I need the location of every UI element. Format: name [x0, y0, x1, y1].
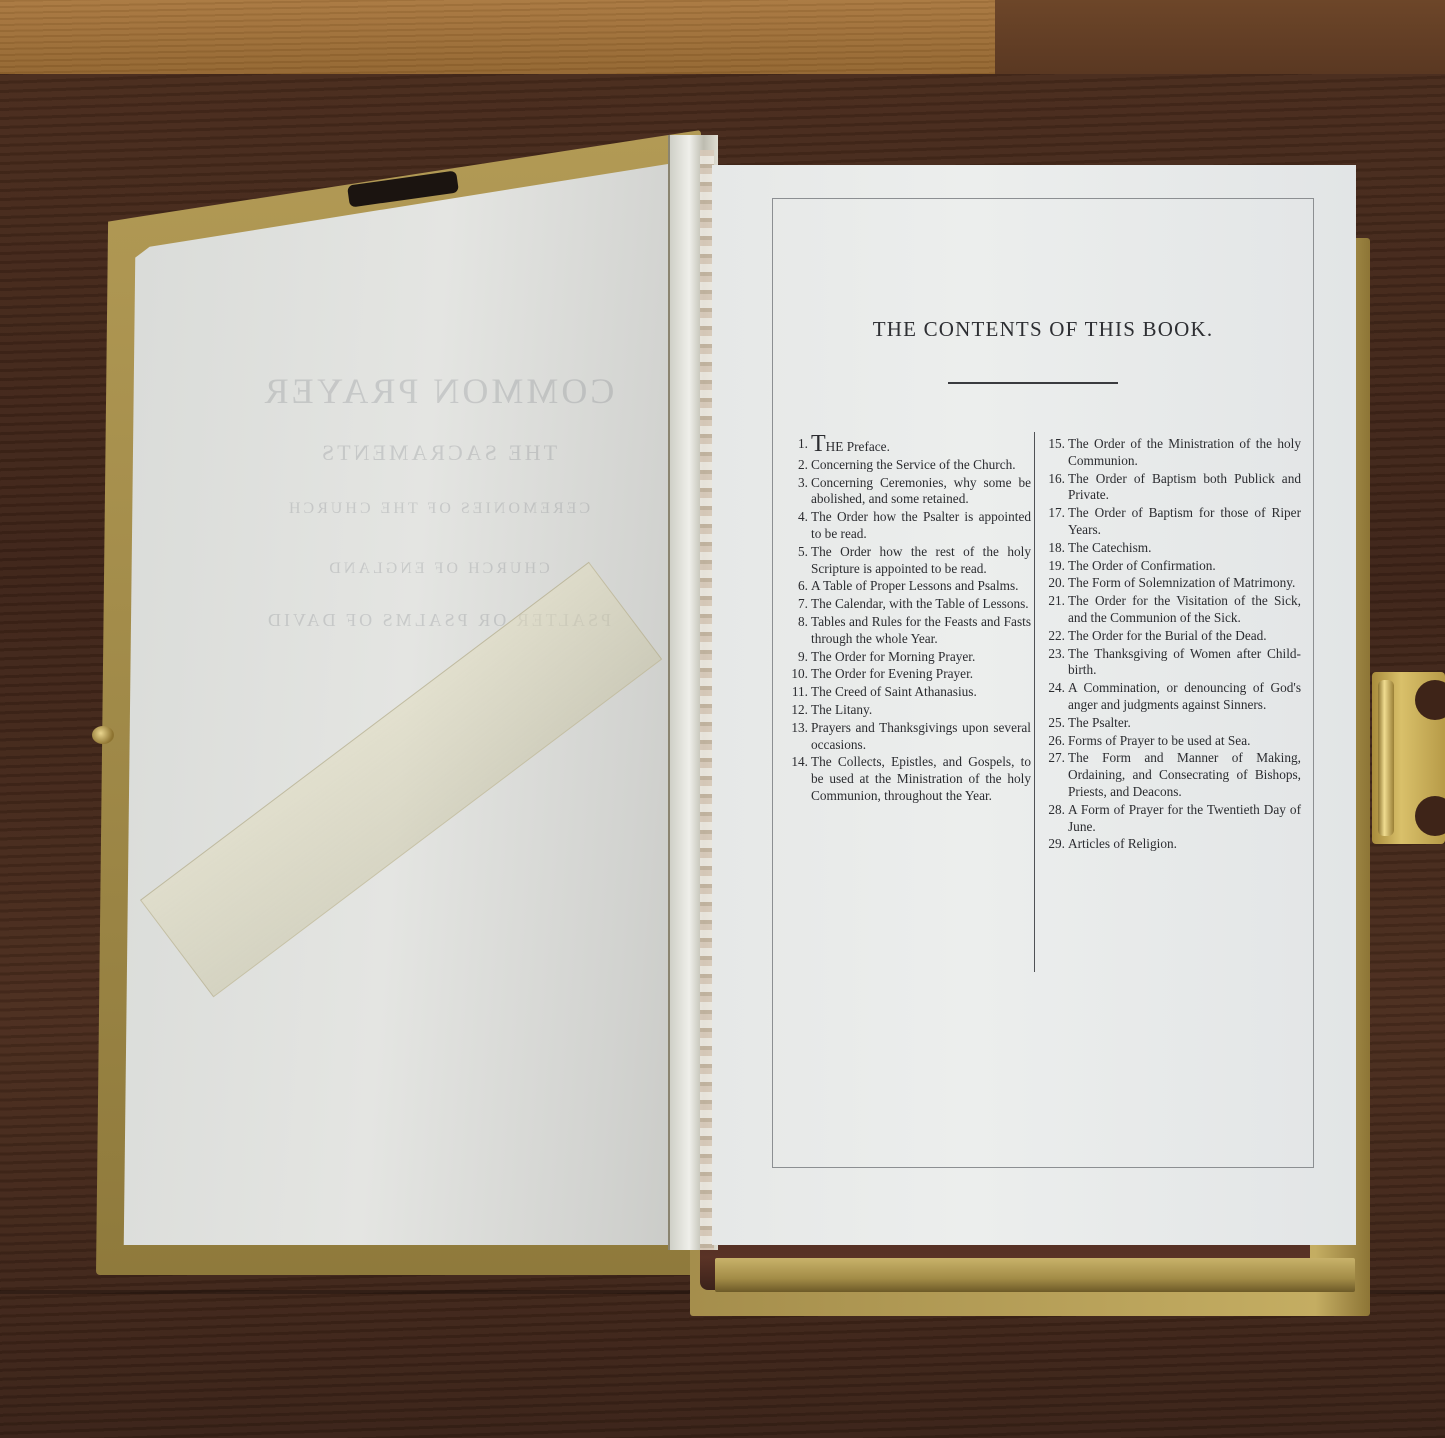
entry-number: 10.: [788, 666, 811, 683]
contents-entry: 2.Concerning the Service of the Church.: [788, 457, 1031, 474]
contents-page: THE CONTENTS OF THIS BOOK. 1.THE Preface…: [712, 165, 1356, 1245]
entry-text: The Thanksgiving of Women after Child-bi…: [1068, 646, 1301, 680]
entry-text: The Litany.: [811, 702, 1031, 719]
contents-entry: 1.THE Preface.: [788, 436, 1031, 456]
entry-text: Concerning the Service of the Church.: [811, 457, 1031, 474]
entry-text: Concerning Ceremonies, why some be aboli…: [811, 475, 1031, 509]
clasp-stud-icon: [92, 726, 114, 744]
bleed-through-text: CEREMONIES OF THE CHURCH: [218, 500, 658, 518]
contents-entry: 8.Tables and Rules for the Feasts and Fa…: [788, 614, 1031, 648]
table-light-plank: [0, 0, 995, 74]
entry-text-rest: HE Preface.: [826, 439, 890, 454]
contents-entry: 4.The Order how the Psalter is appointed…: [788, 509, 1031, 543]
contents-column-right: 15.The Order of the Ministration of the …: [1045, 436, 1301, 854]
entry-number: 13.: [788, 720, 811, 754]
contents-entry: 19.The Order of Confirmation.: [1045, 558, 1301, 575]
contents-entry: 14.The Collects, Epistles, and Gospels, …: [788, 754, 1031, 804]
entry-text: The Order how the Psalter is appointed t…: [811, 509, 1031, 543]
contents-entry: 25.The Psalter.: [1045, 715, 1301, 732]
title-rule: [948, 382, 1118, 384]
table-plank: [995, 0, 1445, 74]
entry-number: 12.: [788, 702, 811, 719]
entry-text: A Form of Prayer for the Twentieth Day o…: [1068, 802, 1301, 836]
column-divider: [1034, 432, 1035, 972]
contents-entry: 20.The Form of Solemnization of Matrimon…: [1045, 575, 1301, 592]
contents-entry: 18.The Catechism.: [1045, 540, 1301, 557]
entry-text: The Collects, Epistles, and Gospels, to …: [811, 754, 1031, 804]
contents-entry: 5.The Order how the rest of the holy Scr…: [788, 544, 1031, 578]
entry-text: The Catechism.: [1068, 540, 1301, 557]
entry-text: THE Preface.: [811, 436, 1031, 456]
entry-number: 15.: [1045, 436, 1068, 470]
contents-entry: 15.The Order of the Ministration of the …: [1045, 436, 1301, 470]
clasp-hinge-icon: [1378, 680, 1394, 836]
contents-entry: 13.Prayers and Thanksgivings upon severa…: [788, 720, 1031, 754]
entry-text: The Order for the Visitation of the Sick…: [1068, 593, 1301, 627]
entry-text: The Order for the Burial of the Dead.: [1068, 628, 1301, 645]
entry-text: A Table of Proper Lessons and Psalms.: [811, 578, 1031, 595]
brass-clasp: [1372, 672, 1445, 844]
contents-entry: 28.A Form of Prayer for the Twentieth Da…: [1045, 802, 1301, 836]
entry-number: 25.: [1045, 715, 1068, 732]
entry-text: The Order for Evening Prayer.: [811, 666, 1031, 683]
page-title: THE CONTENTS OF THIS BOOK.: [773, 317, 1313, 342]
contents-column-left: 1.THE Preface.2.Concerning the Service o…: [788, 436, 1031, 806]
contents-entry: 24.A Commination, or denouncing of God's…: [1045, 680, 1301, 714]
entry-text: Forms of Prayer to be used at Sea.: [1068, 733, 1301, 750]
entry-number: 22.: [1045, 628, 1068, 645]
contents-entry: 22.The Order for the Burial of the Dead.: [1045, 628, 1301, 645]
entry-text: The Order of the Ministration of the hol…: [1068, 436, 1301, 470]
entry-number: 5.: [788, 544, 811, 578]
entry-number: 28.: [1045, 802, 1068, 836]
entry-text: The Form of Solemnization of Matrimony.: [1068, 575, 1301, 592]
entry-number: 2.: [788, 457, 811, 474]
contents-entry: 6.A Table of Proper Lessons and Psalms.: [788, 578, 1031, 595]
contents-entry: 16.The Order of Baptism both Publick and…: [1045, 471, 1301, 505]
entry-text: The Creed of Saint Athanasius.: [811, 684, 1031, 701]
entry-number: 17.: [1045, 505, 1068, 539]
entry-number: 4.: [788, 509, 811, 543]
entry-number: 24.: [1045, 680, 1068, 714]
entry-number: 16.: [1045, 471, 1068, 505]
entry-text: Prayers and Thanksgivings upon several o…: [811, 720, 1031, 754]
page-border: THE CONTENTS OF THIS BOOK. 1.THE Preface…: [772, 198, 1314, 1168]
entry-text: The Form and Manner of Making, Ordaining…: [1068, 750, 1301, 800]
entry-text: The Order of Baptism for those of Riper …: [1068, 505, 1301, 539]
contents-entry: 11.The Creed of Saint Athanasius.: [788, 684, 1031, 701]
entry-number: 23.: [1045, 646, 1068, 680]
entry-text: The Psalter.: [1068, 715, 1301, 732]
entry-number: 11.: [788, 684, 811, 701]
contents-entry: 29.Articles of Religion.: [1045, 836, 1301, 853]
entry-number: 9.: [788, 649, 811, 666]
contents-entry: 23.The Thanksgiving of Women after Child…: [1045, 646, 1301, 680]
entry-text: Articles of Religion.: [1068, 836, 1301, 853]
entry-number: 21.: [1045, 593, 1068, 627]
bleed-through-text: THE SACRAMENTS: [218, 440, 658, 466]
entry-number: 8.: [788, 614, 811, 648]
contents-entry: 26.Forms of Prayer to be used at Sea.: [1045, 733, 1301, 750]
entry-text: Tables and Rules for the Feasts and Fast…: [811, 614, 1031, 648]
drop-cap: T: [811, 431, 826, 457]
contents-entry: 27.The Form and Manner of Making, Ordain…: [1045, 750, 1301, 800]
entry-text: The Calendar, with the Table of Lessons.: [811, 596, 1031, 613]
entry-number: 29.: [1045, 836, 1068, 853]
entry-number: 1.: [788, 436, 811, 456]
entry-number: 20.: [1045, 575, 1068, 592]
entry-number: 26.: [1045, 733, 1068, 750]
entry-number: 6.: [788, 578, 811, 595]
contents-entry: 21.The Order for the Visitation of the S…: [1045, 593, 1301, 627]
entry-text: The Order how the rest of the holy Scrip…: [811, 544, 1031, 578]
contents-entry: 10.The Order for Evening Prayer.: [788, 666, 1031, 683]
entry-number: 3.: [788, 475, 811, 509]
entry-number: 14.: [788, 754, 811, 804]
entry-number: 7.: [788, 596, 811, 613]
contents-entry: 12.The Litany.: [788, 702, 1031, 719]
entry-number: 18.: [1045, 540, 1068, 557]
contents-entry: 9.The Order for Morning Prayer.: [788, 649, 1031, 666]
entry-text: A Commination, or denouncing of God's an…: [1068, 680, 1301, 714]
contents-entry: 3.Concerning Ceremonies, why some be abo…: [788, 475, 1031, 509]
entry-number: 19.: [1045, 558, 1068, 575]
contents-entry: 7.The Calendar, with the Table of Lesson…: [788, 596, 1031, 613]
entry-number: 27.: [1045, 750, 1068, 800]
brass-bottom-rail: [715, 1258, 1355, 1292]
entry-text: The Order for Morning Prayer.: [811, 649, 1031, 666]
bleed-through-text: COMMON PRAYER: [218, 370, 658, 412]
entry-text: The Order of Baptism both Publick and Pr…: [1068, 471, 1301, 505]
contents-entry: 17.The Order of Baptism for those of Rip…: [1045, 505, 1301, 539]
entry-text: The Order of Confirmation.: [1068, 558, 1301, 575]
